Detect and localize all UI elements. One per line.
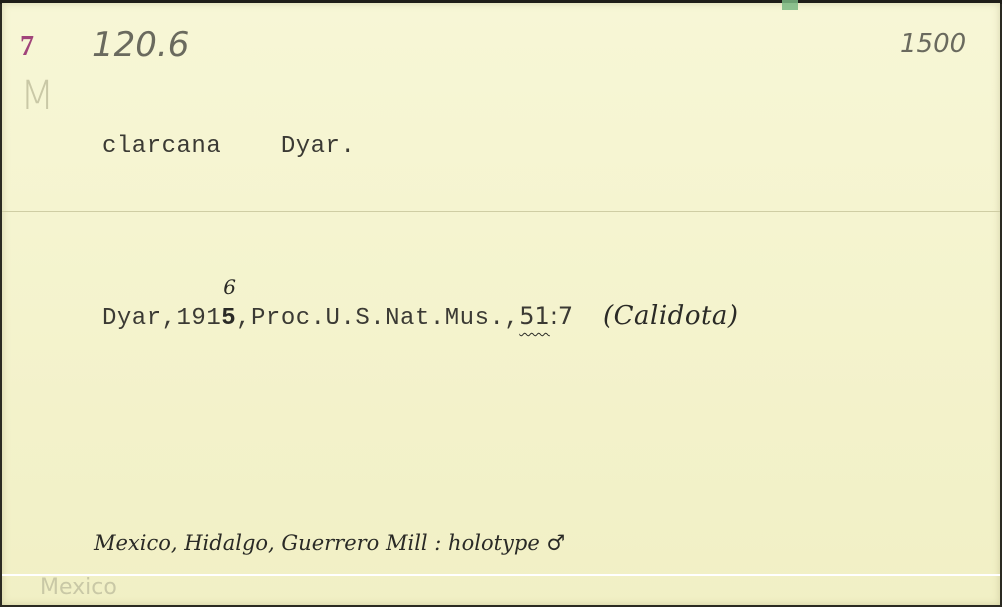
top-right-number: 1500 — [900, 29, 966, 59]
genus-note: (Calidota) — [603, 301, 739, 331]
species-name: clarcana — [102, 133, 221, 160]
catalog-number: 120.6 — [92, 25, 189, 65]
faint-bottom-text: Mexico — [40, 575, 117, 600]
name-line: clarcana Dyar. — [102, 133, 355, 160]
reference-volume: 51 — [519, 302, 550, 330]
year-struck-digit: 5 — [221, 305, 236, 332]
reference-author-year: Dyar,191 — [102, 305, 221, 332]
reference-line: Dyar,19156,Proc.U.S.Nat.Mus.,51:7 (Calid… — [102, 301, 739, 332]
reference-journal: ,Proc.U.S.Nat.Mus. — [236, 305, 504, 332]
year-correction: 56 — [221, 305, 236, 332]
reference-separator: , — [504, 305, 519, 332]
year-handwritten-correction: 6 — [223, 275, 236, 299]
card-bottom-edge-line — [2, 574, 1000, 576]
locality-note: Mexico, Hidalgo, Guerrero Mill : holotyp… — [94, 531, 565, 555]
reference-page: :7 — [550, 302, 573, 330]
stamp-number: 7 — [20, 31, 34, 63]
species-author: Dyar. — [281, 133, 356, 160]
index-card: 7 120.6 1500 M clarcana Dyar. Dyar,19156… — [2, 3, 1000, 605]
faint-margin-mark: M — [20, 73, 55, 119]
card-ruled-line — [2, 211, 1000, 212]
green-tab-marker — [782, 0, 798, 10]
